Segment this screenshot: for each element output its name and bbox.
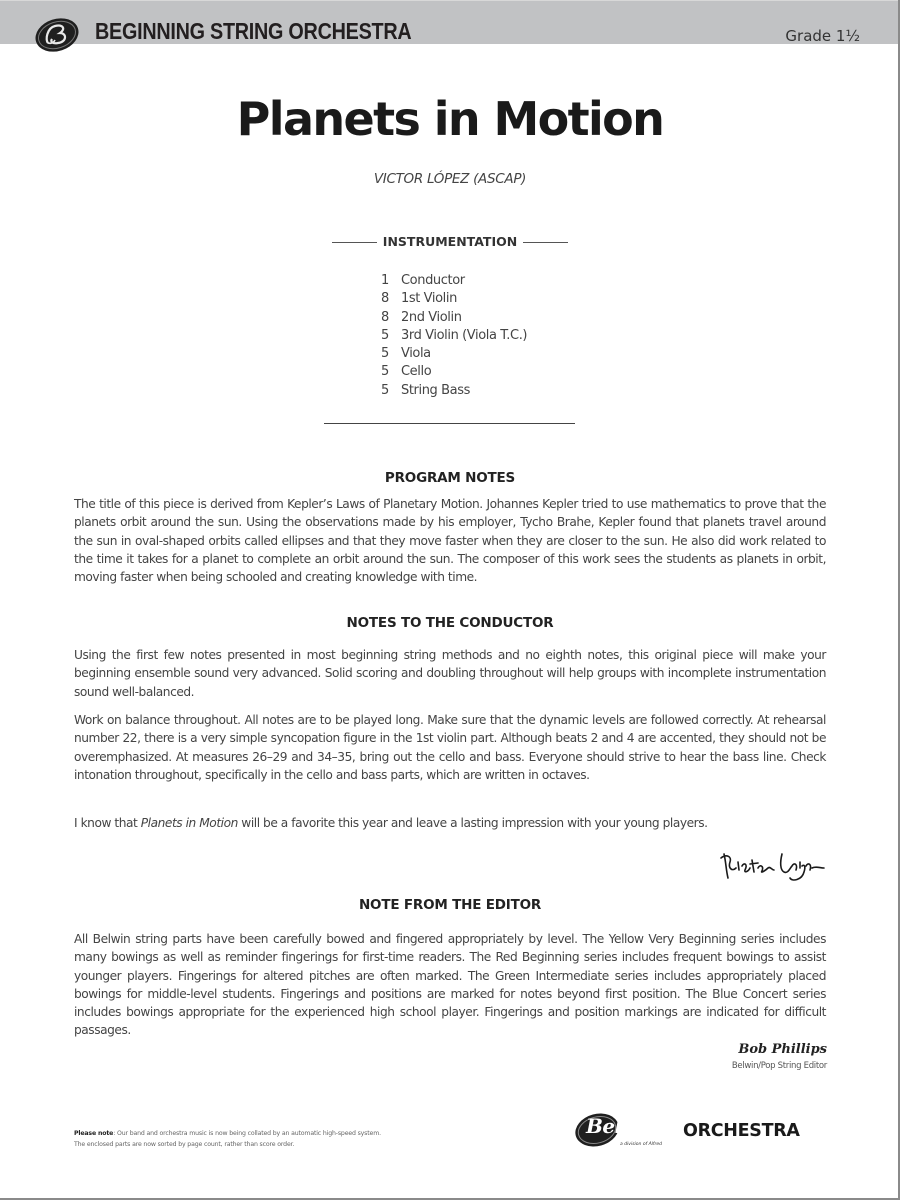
editor-role: Belwin/Pop String Editor: [732, 1061, 827, 1071]
instrument-item: 1Conductor: [381, 272, 527, 290]
instrumentation-divider: [324, 423, 575, 424]
instrument-qty: 5: [381, 327, 401, 345]
instrument-item: 53rd Violin (Viola T.C.): [381, 327, 527, 345]
instrument-qty: 8: [381, 309, 401, 327]
piece-title: Planets in Motion: [0, 92, 900, 146]
conductor-notes-paragraph-3: I know that Planets in Motion will be a …: [74, 814, 826, 832]
instrument-item: 5String Bass: [381, 382, 527, 400]
conductor-notes-paragraph-1: Using the first few notes presented in m…: [74, 646, 826, 701]
program-notes-text: The title of this piece is derived from …: [74, 495, 826, 586]
footnote-line-1: : Our band and orchestra music is now be…: [113, 1130, 381, 1137]
heading-rule-right: [523, 242, 568, 243]
program-notes-heading: PROGRAM NOTES: [0, 470, 900, 486]
footnote-label: Please note: [74, 1130, 113, 1137]
instrument-part: Viola: [401, 346, 431, 361]
publisher-tagline: a division of Alfred: [620, 1142, 662, 1147]
series-title: BEGINNING STRING ORCHESTRA: [95, 18, 411, 45]
instrument-item: 82nd Violin: [381, 309, 527, 327]
editor-note-text: All Belwin string parts have been carefu…: [74, 930, 826, 1040]
instrument-qty: 5: [381, 345, 401, 363]
footnote-line-2: The enclosed parts are now sorted by pag…: [74, 1141, 294, 1148]
belwin-b-logo-icon: [33, 16, 81, 54]
instrument-item: 5Cello: [381, 363, 527, 381]
publisher-wordmark: Belwin: [586, 1114, 660, 1138]
piece-title-italic: Planets in Motion: [141, 816, 238, 830]
instrument-qty: 1: [381, 272, 401, 290]
instrument-qty: 8: [381, 290, 401, 308]
composer-credit: VICTOR LÓPEZ (ASCAP): [0, 171, 900, 187]
editor-note-heading: NOTE FROM THE EDITOR: [0, 897, 900, 913]
editor-signature: Bob Phillips: [738, 1042, 827, 1057]
grade-level: Grade 1½: [785, 27, 860, 45]
instrument-part: Cello: [401, 364, 431, 379]
instrument-part: 2nd Violin: [401, 310, 462, 325]
instrument-part: String Bass: [401, 383, 470, 398]
publisher-division: ORCHESTRA: [683, 1121, 800, 1141]
instrument-part: 3rd Violin (Viola T.C.): [401, 328, 527, 343]
composer-signature-icon: [718, 848, 830, 888]
instrumentation-heading: INSTRUMENTATION: [0, 234, 900, 249]
collation-footnote: Please note: Our band and orchestra musi…: [74, 1129, 514, 1150]
conductor-notes-paragraph-2: Work on balance throughout. All notes ar…: [74, 711, 826, 784]
instrumentation-list: 1Conductor 81st Violin 82nd Violin 53rd …: [381, 272, 527, 400]
instrument-item: 5Viola: [381, 345, 527, 363]
instrument-part: Conductor: [401, 273, 465, 288]
instrument-qty: 5: [381, 363, 401, 381]
heading-rule-left: [332, 242, 377, 243]
instrument-part: 1st Violin: [401, 291, 457, 306]
conductor-notes-heading: NOTES TO THE CONDUCTOR: [0, 615, 900, 631]
para3-text-after: will be a favorite this year and leave a…: [238, 816, 708, 830]
instrument-qty: 5: [381, 382, 401, 400]
instrument-item: 81st Violin: [381, 290, 527, 308]
para3-text-before: I know that: [74, 816, 141, 830]
instrumentation-heading-text: INSTRUMENTATION: [383, 234, 517, 249]
